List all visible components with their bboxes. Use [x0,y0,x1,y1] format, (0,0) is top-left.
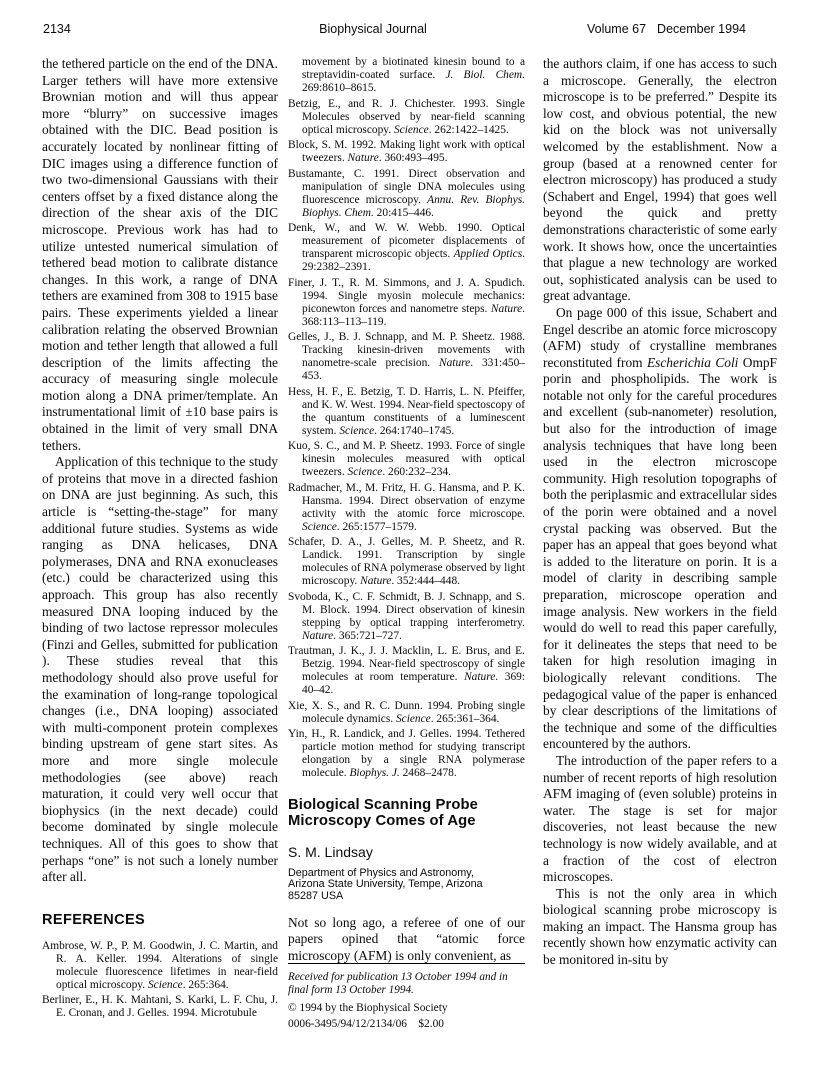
paragraph: On page 000 of this issue, Schabert and … [543,305,777,753]
reference-item: Xie, X. S., and R. C. Dunn. 1994. Probin… [288,700,525,726]
article-opening: Not so long ago, a referee of one of our… [288,915,525,965]
right-column: the authors claim, if one has access to … [543,56,777,969]
left-column: the tethered particle on the end of the … [42,56,278,1023]
paragraph: the tethered particle on the end of the … [42,56,278,454]
footnote-rule [288,963,525,964]
reference-item: Kuo, S. C., and M. P. Sheetz. 1993. Forc… [288,440,525,479]
footnote-received: Received for publication 13 October 1994… [288,971,525,997]
article-header-block: Biological Scanning Probe Microscopy Com… [288,798,525,965]
article-affiliation: Department of Physics and Astronomy, Ari… [288,868,510,902]
footnote-copyright: © 1994 by the Biophysical Society [288,1002,525,1014]
left-column-references: Ambrose, W. P., P. M. Goodwin, J. C. Mar… [42,940,278,1021]
reference-item: Svoboda, K., C. F. Schmidt, B. J. Schnap… [288,591,525,643]
article-author: S. M. Lindsay [288,844,525,860]
reference-item: Betzig, E., and R. J. Chichester. 1993. … [288,98,525,137]
reference-item: Radmacher, M., M. Fritz, H. G. Hansma, a… [288,482,525,534]
volume-label: Volume 67 [587,22,646,36]
right-column-paragraphs: the authors claim, if one has access to … [543,56,777,969]
reference-item: Berliner, E., H. K. Mahtani, S. Karki, L… [42,994,278,1020]
volume-date: Volume 67December 1994 [587,22,746,36]
page-header: 2134 Biophysical Journal Volume 67Decemb… [0,22,816,38]
reference-item: Ambrose, W. P., P. M. Goodwin, J. C. Mar… [42,940,278,992]
reference-item: Gelles, J., B. J. Schnapp, and M. P. She… [288,331,525,383]
reference-item: Trautman, J. K., J. J. Macklin, L. E. Br… [288,645,525,697]
reference-item: Finer, J. T., R. M. Simmons, and J. A. S… [288,277,525,329]
reference-item: Yin, H., R. Landick, and J. Gelles. 1994… [288,728,525,780]
middle-column-references: movement by a biotinated kinesin bound t… [288,56,525,780]
article-title: Biological Scanning Probe Microscopy Com… [288,798,525,829]
paragraph: Not so long ago, a referee of one of our… [288,915,525,965]
reference-item: Schafer, D. A., J. Gelles, M. P. Sheetz,… [288,536,525,588]
footnote-code: 0006-3495/94/12/2134/06 $2.00 [288,1018,525,1030]
footnote-block: Received for publication 13 October 1994… [288,963,525,1030]
paragraph: the authors claim, if one has access to … [543,56,777,305]
paragraph: This is not the only area in which biolo… [543,886,777,969]
left-column-paragraphs: the tethered particle on the end of the … [42,56,278,886]
reference-item: movement by a biotinated kinesin bound t… [288,56,525,95]
reference-item: Hess, H. F., E. Betzig, T. D. Harris, L.… [288,386,525,438]
paragraph: Application of this technique to the stu… [42,454,278,885]
reference-item: Denk, W., and W. W. Webb. 1990. Optical … [288,222,525,274]
reference-item: Block, S. M. 1992. Making light work wit… [288,139,525,165]
middle-column: movement by a biotinated kinesin bound t… [288,56,525,965]
paragraph: The introduction of the paper refers to … [543,753,777,886]
references-heading: REFERENCES [42,912,278,928]
reference-item: Bustamante, C. 1991. Direct observation … [288,168,525,220]
issue-date: December 1994 [657,22,746,36]
journal-page: 2134 Biophysical Journal Volume 67Decemb… [0,0,816,1071]
